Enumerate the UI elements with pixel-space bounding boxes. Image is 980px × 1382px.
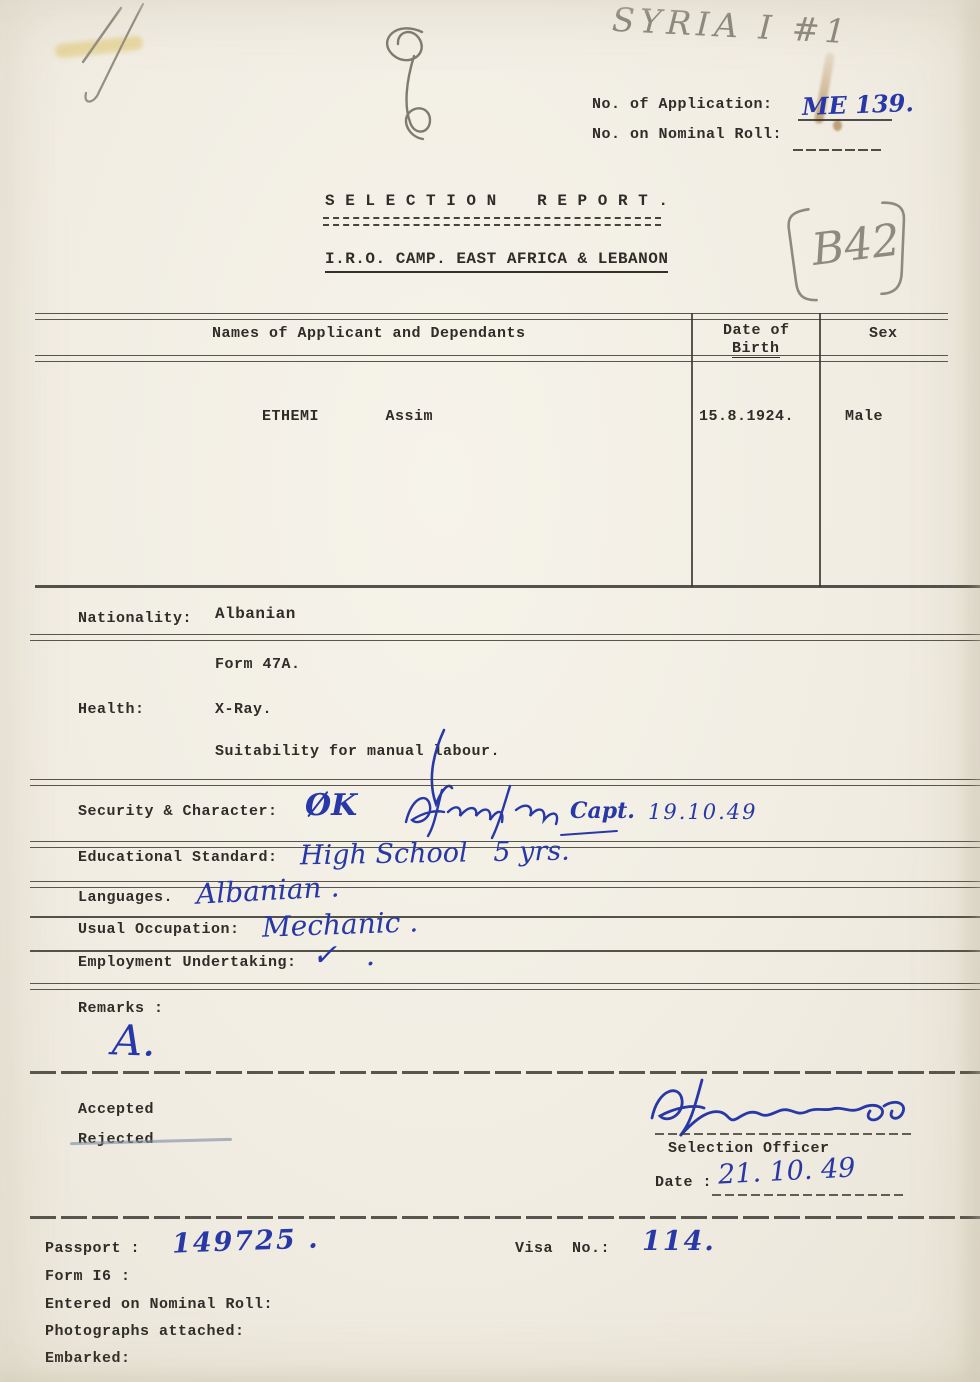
pencil-loop-scribble-icon (362, 18, 462, 153)
security-rank-value: Capt. (570, 798, 635, 824)
applicant-dob: 15.8.1924. (699, 408, 794, 425)
officer-signature-line (655, 1133, 913, 1135)
corner-pencil-marks (25, 0, 175, 115)
employment-label: Employment Undertaking: (78, 954, 297, 971)
form-47a-line: Form 47A. (215, 656, 301, 673)
applicant-name: ETHEMI Assim (262, 408, 433, 425)
report-title: S E L E C T I O N R E P O R T . (325, 192, 668, 210)
security-ok-value: OK (305, 788, 357, 823)
title-underline (323, 217, 661, 226)
remarks-value: A. (111, 1015, 156, 1065)
entered-nominal-roll-label: Entered on Nominal Roll: (45, 1296, 273, 1313)
languages-rule (30, 916, 980, 918)
officer-signature-icon (640, 1070, 930, 1142)
table-col-dob-1: Date of (723, 322, 790, 339)
table-col-names: Names of Applicant and Dependants (212, 325, 526, 342)
embarked-label: Embarked: (45, 1350, 131, 1367)
syria-pencil-note: SYRIA I #1 (611, 0, 851, 51)
nominal-roll-line (793, 149, 881, 151)
report-subtitle: I.R.O. CAMP. EAST AFRICA & LEBANON (325, 250, 668, 273)
health-value: X-Ray. (215, 701, 272, 718)
decision-bottom-rule (30, 1216, 980, 1219)
visa-label: Visa No.: (515, 1240, 610, 1257)
form16-label: Form I6 : (45, 1268, 131, 1285)
security-label: Security & Character: (78, 803, 278, 820)
date-line (712, 1194, 904, 1196)
accepted-label: Accepted (78, 1101, 154, 1118)
selection-officer-signature (640, 1070, 930, 1142)
occupation-rule (30, 950, 980, 952)
employment-checkmark: ✓ . (312, 938, 375, 973)
languages-value: Albanian . (195, 870, 340, 910)
visa-value: 114. (642, 1226, 716, 1257)
pencil-slash-icon (25, 0, 175, 115)
education-value: High School 5 yrs. (300, 836, 570, 872)
employment-rule (30, 983, 980, 990)
education-rule (30, 881, 980, 888)
stain-dot (833, 120, 842, 131)
b42-value: B42 (809, 214, 903, 275)
application-no-value: ME 139. (802, 88, 915, 121)
passport-value: 149725 . (172, 1223, 321, 1259)
table-col-sex: Sex (869, 325, 898, 342)
security-date-value: 19.10.49 (648, 800, 758, 824)
remarks-label: Remarks : (78, 1000, 164, 1017)
application-no-label: No. of Application: (592, 96, 773, 113)
security-signature (398, 780, 570, 840)
applicant-sex: Male (845, 408, 883, 425)
pencil-scribble (362, 18, 462, 153)
table-header-rule (35, 355, 948, 362)
nationality-value: Albanian (215, 605, 296, 623)
table-col-dob-2: Birth (732, 340, 780, 358)
table-vline-dob (691, 313, 693, 587)
nominal-roll-label: No. on Nominal Roll: (592, 126, 782, 143)
health-label: Health: (78, 701, 145, 718)
security-signature-icon (398, 780, 570, 840)
passport-label: Passport : (45, 1240, 140, 1257)
nationality-label: Nationality: (78, 610, 192, 627)
table-vline-sex (819, 313, 821, 587)
education-label: Educational Standard: (78, 849, 278, 866)
b42-pencil-box: B42 (770, 195, 924, 308)
date-value: 21. 10. 49 (717, 1152, 856, 1190)
table-bottom-rule (35, 585, 980, 588)
table-top-rule (35, 313, 948, 320)
languages-label: Languages. (78, 889, 173, 906)
nationality-rule (30, 634, 980, 641)
selection-report-document: SYRIA I #1 No. of Application: ME 139. N… (0, 0, 980, 1382)
occupation-label: Usual Occupation: (78, 921, 240, 938)
photographs-attached-label: Photographs attached: (45, 1323, 245, 1340)
date-label: Date : (655, 1174, 712, 1191)
